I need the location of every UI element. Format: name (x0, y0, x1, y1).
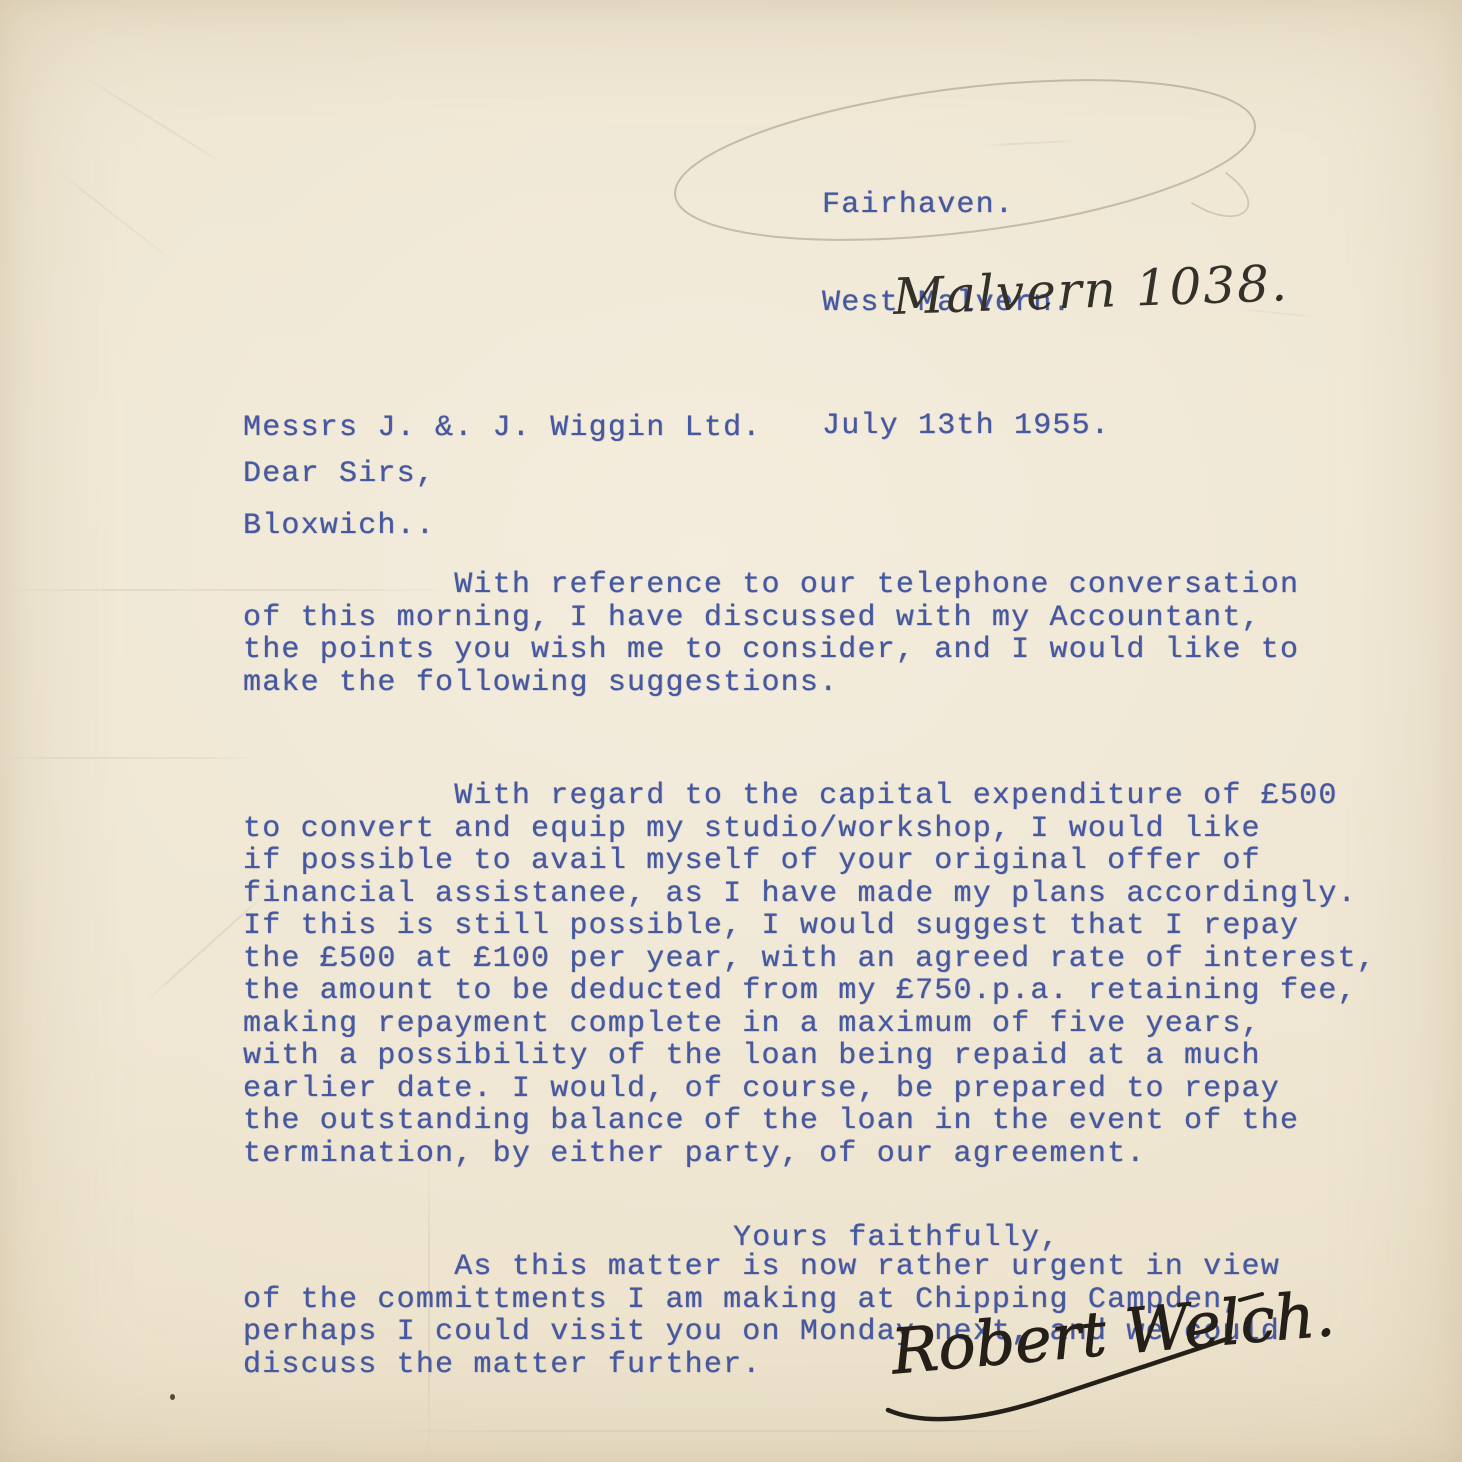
letter-paragraph: With reference to our telephone conversa… (243, 569, 1376, 699)
fold-crease-horizontal (0, 757, 260, 759)
signature-robert-welch: Robert Welch. (830, 1248, 1330, 1428)
letter-date: July 13th 1955. (822, 410, 1110, 443)
handwritten-phone-note: Malvern 1038. (892, 254, 1290, 326)
sender-address-line1: Fairhaven. (822, 189, 1110, 222)
paper-scratch (82, 75, 227, 167)
signature-text: Robert Welch. (887, 1277, 1337, 1389)
letter-paragraph: With regard to the capital expenditure o… (243, 780, 1376, 1170)
recipient-line1: Messrs J. &. J. Wiggin Ltd. (243, 412, 761, 445)
paper-scratch (55, 169, 174, 263)
letter-page: Fairhaven. West Malvern. July 13th 1955.… (0, 0, 1462, 1462)
ink-speck (170, 1394, 175, 1400)
salutation: Dear Sirs, (243, 458, 435, 491)
